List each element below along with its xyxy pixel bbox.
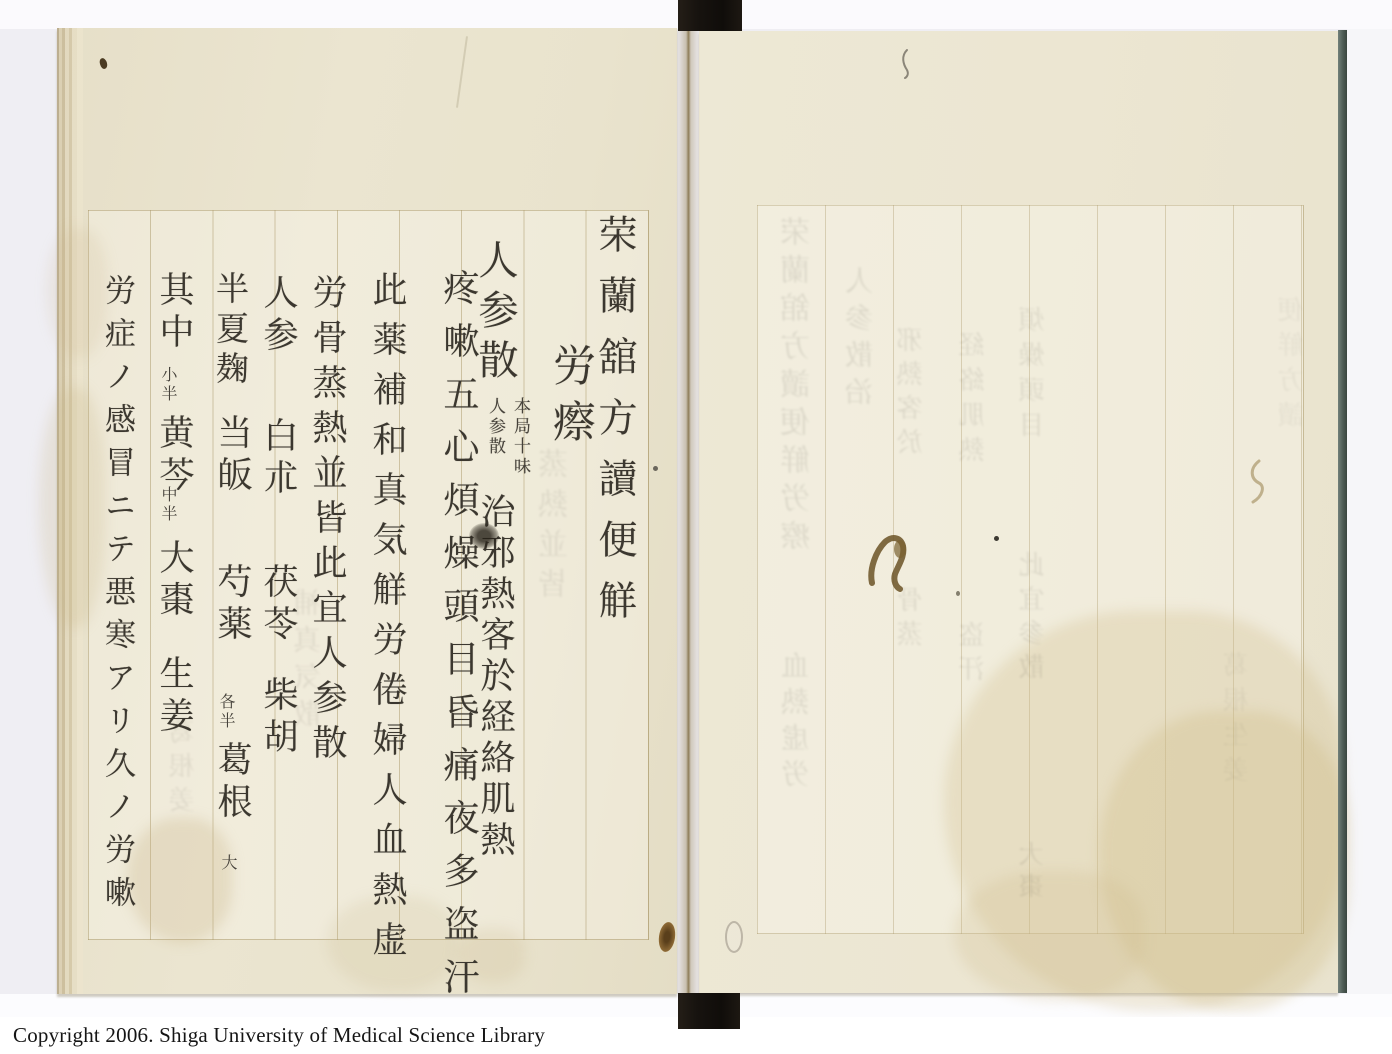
bleed-through-column: 大棗 xyxy=(1015,841,1051,905)
ink-speck xyxy=(99,57,109,69)
section-heading: 労瘵 xyxy=(541,343,602,455)
ingredient-item: 人参 xyxy=(253,274,303,358)
ingredient-item: 当皈 xyxy=(207,414,257,498)
ingredient-item: 生姜 xyxy=(149,655,199,739)
binding-strap-top xyxy=(678,0,742,31)
ingredient-item: 其中 xyxy=(149,271,199,355)
ingredient-item: 大棗 xyxy=(149,539,199,623)
bleed-through-column: 荣蘭舘方讀便觧労瘵 xyxy=(777,216,821,558)
binding-hole xyxy=(725,921,743,953)
ingredient-note: 各半 xyxy=(215,693,238,731)
bleed-through-column: 血熱虚労 xyxy=(777,651,817,795)
bleed-through-column: 煩燥頭目 xyxy=(1015,306,1052,446)
bleed-through-column: 邪熱客於 xyxy=(893,326,930,462)
ingredient-note: 小半 xyxy=(157,366,180,404)
bleed-through-column: 葛根生姜 xyxy=(1219,651,1256,791)
ingredient-item: 茯苓 xyxy=(253,563,303,647)
ink-squiggle xyxy=(867,531,909,593)
crease-line xyxy=(456,36,468,108)
bleed-through-column: 便觧方讀 xyxy=(1274,296,1311,436)
recipe-indication-4: 労骨蒸熱並皆此宜人参散 xyxy=(302,274,352,769)
pen-squiggle xyxy=(1245,459,1267,505)
copyright-text: Copyright 2006. Shiga University of Medi… xyxy=(13,1023,545,1048)
dosage-note-left: 人参散 xyxy=(483,397,508,477)
recipe-indication-3: 此薬補和真気觧労倦婦人血熱虚 xyxy=(362,271,412,971)
pen-squiggle xyxy=(897,48,913,80)
ink-speck xyxy=(956,591,960,596)
manuscript-scan: 蒸熱並皆 補真気散 葛根姜 荣蘭舘方讀便觧 労瘵 人参散本局十味人参散治邪熱客於… xyxy=(0,0,1392,1054)
ingredient-item: 白朮 xyxy=(253,417,303,501)
bleed-through-column: 経絡肌熱 xyxy=(955,331,992,471)
ink-blot xyxy=(469,523,499,549)
dosage-note: 本局十味人参散 xyxy=(483,397,533,477)
ingredient-note: 大 xyxy=(217,854,240,873)
bleed-through-column: 人参散治 xyxy=(841,266,881,414)
backdrop-right xyxy=(1347,29,1392,994)
ingredient-item: 葛根 xyxy=(207,741,257,825)
bleed-through-column: 蒸熱並皆 xyxy=(535,448,579,608)
dosage-note-right: 本局十味 xyxy=(508,397,533,477)
ingredient-item: 芍薬 xyxy=(207,563,257,647)
bleed-through-column: 盗汗 xyxy=(955,621,992,689)
binding-strap-bottom xyxy=(678,993,740,1029)
worm-hole xyxy=(657,921,677,953)
bleed-through-column: 此宜参散 xyxy=(1015,551,1052,687)
ingredient-item: 柴胡 xyxy=(253,676,303,760)
recipe-indication-2: 疼嗽五心煩燥頭目昏痛夜多盗汗 xyxy=(433,269,484,1011)
ink-speck xyxy=(653,466,658,471)
cover-edge xyxy=(1338,30,1347,993)
stain xyxy=(127,818,232,943)
usage-annotation: 労症ノ感冒ニテ悪寒アリ久ノ労嗽 xyxy=(95,274,140,919)
page-gutter xyxy=(676,28,700,994)
bleed-through-column: 骨蒸 xyxy=(893,586,930,654)
ingredient-note: 中半 xyxy=(157,486,180,524)
right-page: 荣蘭舘方讀便觧労瘵 血熱虚労 人参散治 邪熱客於 骨蒸 経絡肌熱 盗汗 煩燥頭目… xyxy=(699,31,1338,993)
left-page: 蒸熱並皆 補真気散 葛根姜 荣蘭舘方讀便觧 労瘵 人参散本局十味人参散治邪熱客於… xyxy=(57,28,677,994)
ingredient-item: 半夏麹 xyxy=(207,271,254,391)
ink-speck xyxy=(994,536,999,541)
